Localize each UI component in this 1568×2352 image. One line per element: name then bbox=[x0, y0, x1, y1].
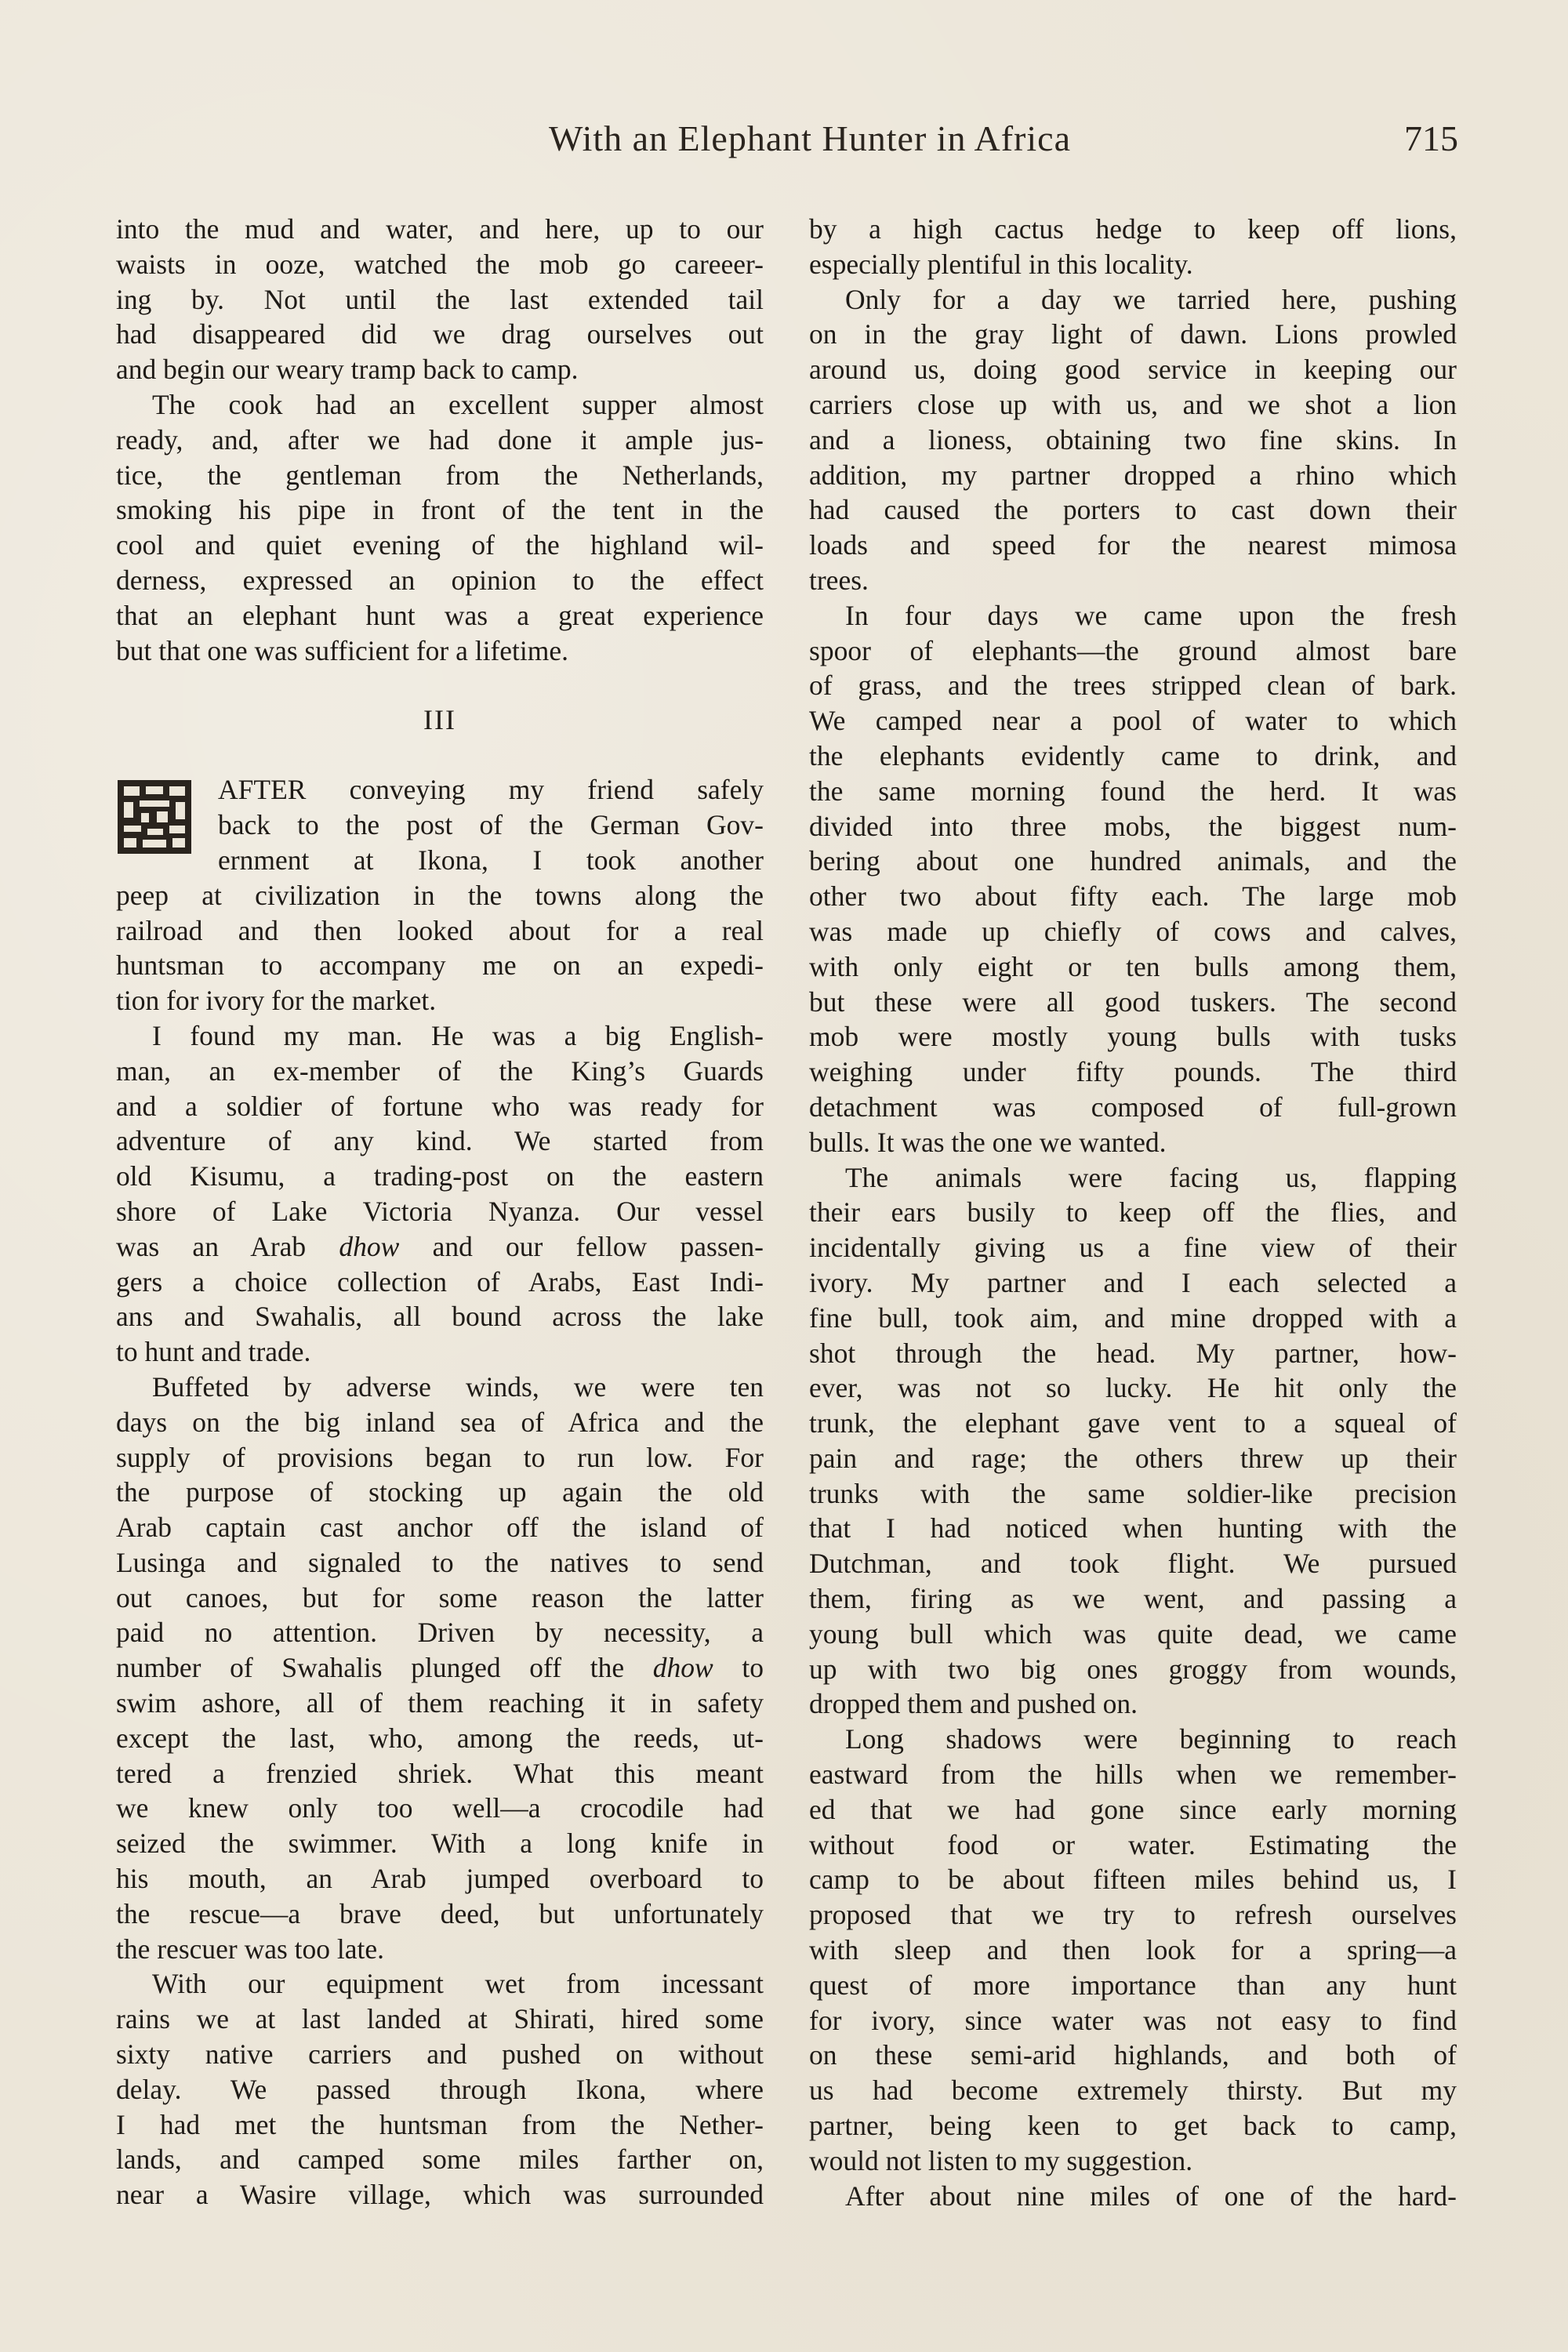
text-line: addition, my partner dropped a rhino whi… bbox=[809, 458, 1457, 493]
text-line: with only eight or ten bulls among them, bbox=[809, 949, 1457, 985]
text-line: out canoes, but for some reason the latt… bbox=[116, 1581, 764, 1616]
text-line: delay. We passed through Ikona, where bbox=[116, 2072, 764, 2107]
text-line: waists in ooze, watched the mob go caree… bbox=[116, 247, 764, 282]
text-line: their ears busily to keep off the flies,… bbox=[809, 1195, 1457, 1230]
text-line: the elephants evidently came to drink, a… bbox=[809, 739, 1457, 774]
text-line: the rescue—a brave deed, but unfortunate… bbox=[116, 1896, 764, 1932]
ornamental-initial-icon bbox=[118, 780, 191, 854]
text-line: fine bull, took aim, and mine dropped wi… bbox=[809, 1301, 1457, 1336]
text-line: ready, and, after we had done it ample j… bbox=[116, 423, 764, 458]
text-line: into the mud and water, and here, up to … bbox=[116, 212, 764, 247]
text-line: gers a choice collection of Arabs, East … bbox=[116, 1265, 764, 1300]
text-line: peep at civilization in the towns along … bbox=[116, 878, 764, 913]
text-line: carriers close up with us, and we shot a… bbox=[809, 387, 1457, 423]
text-line: loads and speed for the nearest mimosa bbox=[809, 528, 1457, 563]
text-line: days on the big inland sea of Africa and… bbox=[116, 1405, 764, 1440]
text-line: and begin our weary tramp back to camp. bbox=[116, 352, 764, 387]
text-line: shore of Lake Victoria Nyanza. Our vesse… bbox=[116, 1194, 764, 1229]
text-line: trunk, the elephant gave vent to a squea… bbox=[809, 1406, 1457, 1441]
italic-term: dhow bbox=[653, 1652, 713, 1683]
text-line: other two about fifty each. The large mo… bbox=[809, 879, 1457, 914]
text-line: of grass, and the trees stripped clean o… bbox=[809, 668, 1457, 703]
text-line: was made up chiefly of cows and calves, bbox=[809, 914, 1457, 949]
text-line: In four days we came upon the fresh bbox=[809, 598, 1457, 633]
text-line: but that one was sufficient for a lifeti… bbox=[116, 633, 764, 669]
text-line: number of Swahalis plunged off the dhow … bbox=[116, 1650, 764, 1686]
text-line: on these semi-arid highlands, and both o… bbox=[809, 2038, 1457, 2073]
text-line: ever, was not so lucky. He hit only the bbox=[809, 1370, 1457, 1406]
text-line: trees. bbox=[809, 563, 1457, 598]
text-line: eastward from the hills when we remember… bbox=[809, 1757, 1457, 1792]
text-line: incidentally giving us a fine view of th… bbox=[809, 1230, 1457, 1265]
section-heading: III bbox=[116, 702, 764, 738]
paragraph: After about nine miles of one of the har… bbox=[809, 2179, 1457, 2214]
text-line: had caused the porters to cast down thei… bbox=[809, 492, 1457, 528]
text-line: without food or water. Estimating the bbox=[809, 1828, 1457, 1863]
text-line: ed that we had gone since early morning bbox=[809, 1792, 1457, 1828]
text-line: railroad and then looked about for a rea… bbox=[116, 913, 764, 949]
text-line: spoor of elephants—the ground almost bar… bbox=[809, 633, 1457, 669]
text-line: pain and rage; the others threw up their bbox=[809, 1441, 1457, 1476]
text-line: AFTER conveying my friend safely bbox=[116, 772, 764, 808]
text-line: and a lioness, obtaining two fine skins.… bbox=[809, 423, 1457, 458]
text-line: ans and Swahalis, all bound across the l… bbox=[116, 1299, 764, 1334]
text-line: quest of more importance than any hunt bbox=[809, 1968, 1457, 2003]
text-line: that I had noticed when hunting with the bbox=[809, 1511, 1457, 1546]
text-line: his mouth, an Arab jumped overboard to bbox=[116, 1861, 764, 1896]
text-line: ing by. Not until the last extended tail bbox=[116, 282, 764, 318]
text-line: with sleep and then look for a spring—a bbox=[809, 1933, 1457, 1968]
text-line: paid no attention. Driven by necessity, … bbox=[116, 1615, 764, 1650]
paragraph: by a high cactus hedge to keep off lions… bbox=[809, 212, 1457, 282]
paragraph: The animals were facing us, flappingthei… bbox=[809, 1160, 1457, 1722]
text-line: to hunt and trade. bbox=[116, 1334, 764, 1370]
text-line: adventure of any kind. We started from bbox=[116, 1123, 764, 1159]
text-line: We camped near a pool of water to which bbox=[809, 703, 1457, 739]
text-line: weighing under fifty pounds. The third bbox=[809, 1054, 1457, 1090]
text-line: for ivory, since water was not easy to f… bbox=[809, 2003, 1457, 2038]
text-line: near a Wasire village, which was surroun… bbox=[116, 2177, 764, 2212]
text-line: Buffeted by adverse winds, we were ten bbox=[116, 1370, 764, 1405]
text-line: old Kisumu, a trading-post on the easter… bbox=[116, 1159, 764, 1194]
paragraph: Only for a day we tarried here, pushingo… bbox=[809, 282, 1457, 598]
text-line: except the last, who, among the reeds, u… bbox=[116, 1721, 764, 1756]
text-line: sixty native carriers and pushed on with… bbox=[116, 2037, 764, 2072]
text-line: we knew only too well—a crocodile had bbox=[116, 1791, 764, 1826]
paragraph: Buffeted by adverse winds, we were tenda… bbox=[116, 1370, 764, 1967]
running-title: With an Elephant Hunter in Africa bbox=[549, 118, 1071, 159]
text-line: The cook had an excellent supper almost bbox=[116, 387, 764, 423]
text-line: was an Arab dhow and our fellow passen- bbox=[116, 1229, 764, 1265]
text-line: man, an ex-member of the King’s Guards bbox=[116, 1054, 764, 1089]
text-line: ivory. My partner and I each selected a bbox=[809, 1265, 1457, 1301]
text-line: Lusinga and signaled to the natives to s… bbox=[116, 1545, 764, 1581]
text-line: seized the swimmer. With a long knife in bbox=[116, 1826, 764, 1861]
text-line: up with two big ones groggy from wounds, bbox=[809, 1652, 1457, 1687]
text-line: detachment was composed of full-grown bbox=[809, 1090, 1457, 1125]
paragraph: In four days we came upon the freshspoor… bbox=[809, 598, 1457, 1160]
text-line: With our equipment wet from incessant bbox=[116, 1966, 764, 2002]
right-column: by a high cactus hedge to keep off lions… bbox=[809, 212, 1457, 2213]
text-line: tered a frenzied shriek. What this meant bbox=[116, 1756, 764, 1791]
text-line: swim ashore, all of them reaching it in … bbox=[116, 1686, 764, 1721]
text-line: supply of provisions began to run low. F… bbox=[116, 1440, 764, 1475]
text-line: rains we at last landed at Shirati, hire… bbox=[116, 2002, 764, 2037]
text-line: that an elephant hunt was a great experi… bbox=[116, 598, 764, 633]
text-line: derness, expressed an opinion to the eff… bbox=[116, 563, 764, 598]
text-line: and a soldier of fortune who was ready f… bbox=[116, 1089, 764, 1124]
text-line: dropped them and pushed on. bbox=[809, 1686, 1457, 1722]
text-line: on in the gray light of dawn. Lions prow… bbox=[809, 317, 1457, 352]
dropcap-paragraph: AFTER conveying my friend safelyback to … bbox=[116, 772, 764, 1018]
paragraph: AFTER conveying my friend safelyback to … bbox=[116, 772, 764, 1018]
text-line: lands, and camped some miles farther on, bbox=[116, 2142, 764, 2177]
text-line: partner, being keen to get back to camp, bbox=[809, 2108, 1457, 2143]
text-line: would not listen to my suggestion. bbox=[809, 2143, 1457, 2179]
text-line: trunks with the same soldier-like precis… bbox=[809, 1476, 1457, 1512]
text-line: tion for ivory for the market. bbox=[116, 983, 764, 1018]
text-line: but these were all good tuskers. The sec… bbox=[809, 985, 1457, 1020]
text-line: by a high cactus hedge to keep off lions… bbox=[809, 212, 1457, 247]
text-line: bering about one hundred animals, and th… bbox=[809, 844, 1457, 879]
paragraph: The cook had an excellent supper almostr… bbox=[116, 387, 764, 668]
paragraph: into the mud and water, and here, up to … bbox=[116, 212, 764, 387]
paragraph: Long shadows were beginning to reacheast… bbox=[809, 1722, 1457, 2178]
text-line: Long shadows were beginning to reach bbox=[809, 1722, 1457, 1757]
text-line: us had become extremely thirsty. But my bbox=[809, 2073, 1457, 2108]
left-column: into the mud and water, and here, up to … bbox=[116, 212, 764, 2212]
text-line: camp to be about fifteen miles behind us… bbox=[809, 1862, 1457, 1897]
text-line: proposed that we try to refresh ourselve… bbox=[809, 1897, 1457, 1933]
text-line: Only for a day we tarried here, pushing bbox=[809, 282, 1457, 318]
italic-term: dhow bbox=[339, 1231, 399, 1262]
text-line: the rescuer was too late. bbox=[116, 1932, 764, 1967]
text-line: around us, doing good service in keeping… bbox=[809, 352, 1457, 387]
text-line: shot through the head. My partner, how- bbox=[809, 1336, 1457, 1371]
text-line: the purpose of stocking up again the old bbox=[116, 1475, 764, 1510]
text-line: Dutchman, and took flight. We pursued bbox=[809, 1546, 1457, 1581]
text-line: back to the post of the German Gov- bbox=[116, 808, 764, 843]
running-header: With an Elephant Hunter in Africa 715 bbox=[118, 118, 1458, 165]
text-line: divided into three mobs, the biggest num… bbox=[809, 809, 1457, 844]
text-line: the same morning found the herd. It was bbox=[809, 774, 1457, 809]
text-line: them, firing as we went, and passing a bbox=[809, 1581, 1457, 1617]
text-line: mob were mostly young bulls with tusks bbox=[809, 1019, 1457, 1054]
page-number: 715 bbox=[1404, 118, 1458, 159]
text-line: After about nine miles of one of the har… bbox=[809, 2179, 1457, 2214]
text-line: tice, the gentleman from the Netherlands… bbox=[116, 458, 764, 493]
text-line: had disappeared did we drag ourselves ou… bbox=[116, 317, 764, 352]
paragraph: With our equipment wet from incessantrai… bbox=[116, 1966, 764, 2212]
text-line: I found my man. He was a big English- bbox=[116, 1018, 764, 1054]
text-line: Arab captain cast anchor off the island … bbox=[116, 1510, 764, 1545]
text-line: smoking his pipe in front of the tent in… bbox=[116, 492, 764, 528]
text-line: huntsman to accompany me on an expedi- bbox=[116, 948, 764, 983]
text-line: young bull which was quite dead, we came bbox=[809, 1617, 1457, 1652]
text-line: cool and quiet evening of the highland w… bbox=[116, 528, 764, 563]
text-line: especially plentiful in this locality. bbox=[809, 247, 1457, 282]
paragraph: I found my man. He was a big English-man… bbox=[116, 1018, 764, 1370]
text-line: bulls. It was the one we wanted. bbox=[809, 1125, 1457, 1160]
text-line: I had met the huntsman from the Nether- bbox=[116, 2107, 764, 2143]
text-line: The animals were facing us, flapping bbox=[809, 1160, 1457, 1196]
text-line: ernment at Ikona, I took another bbox=[116, 843, 764, 878]
